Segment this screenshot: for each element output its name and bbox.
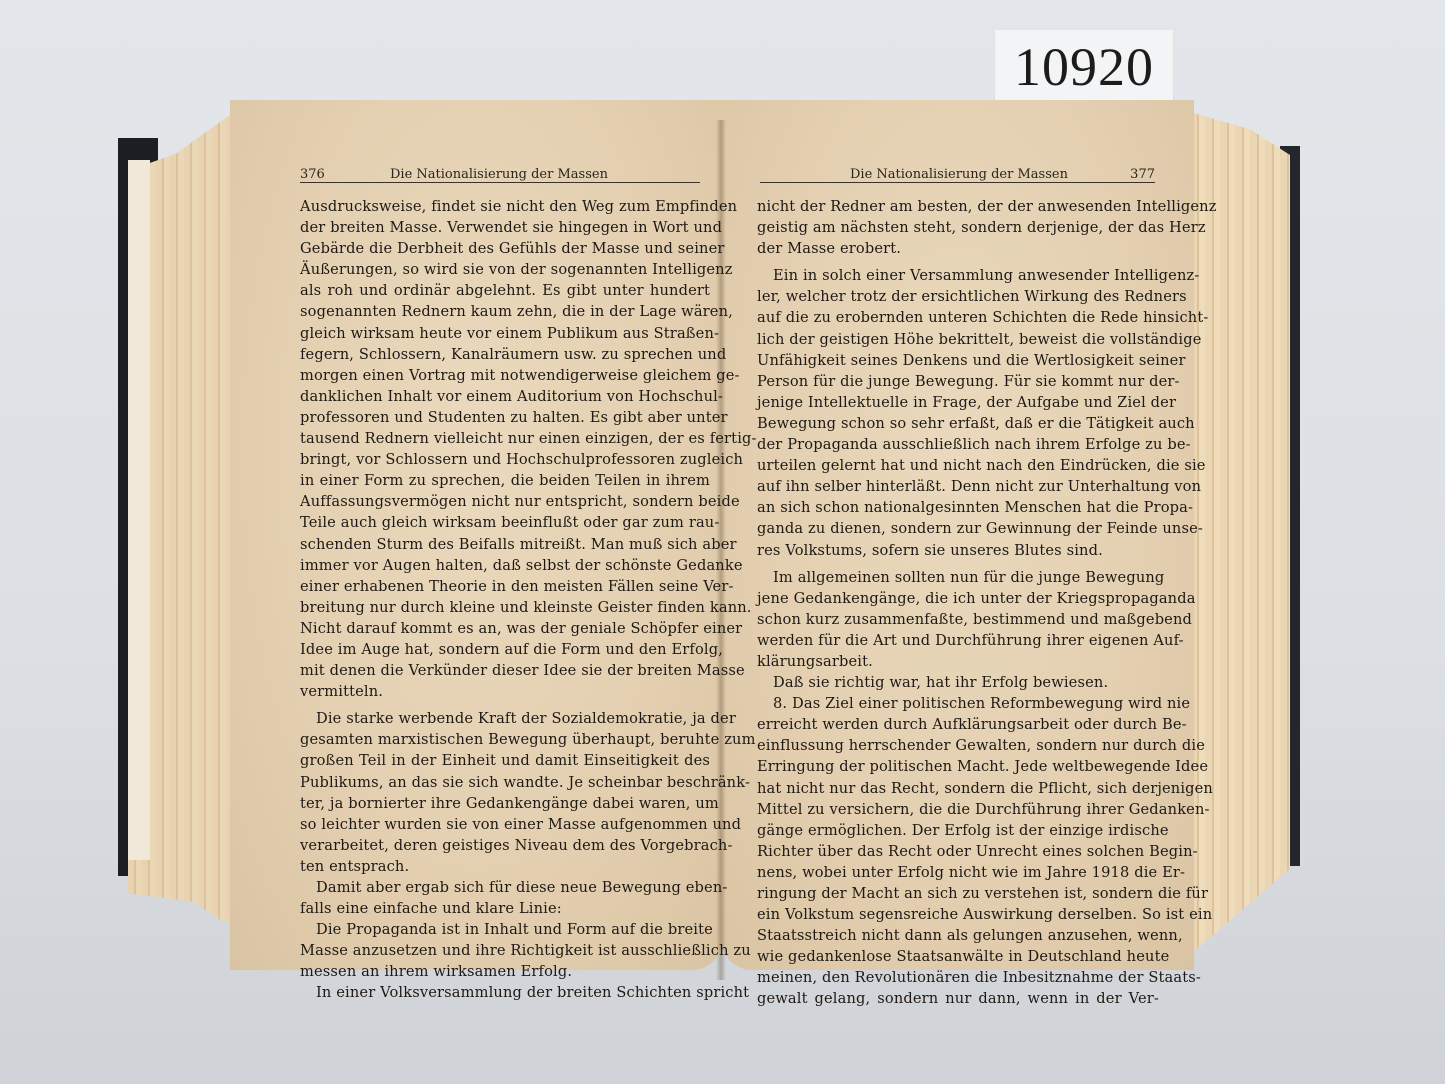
text-line: nens, wobei unter Erfolg nicht wie im Ja… [757,862,1159,883]
text-line: der Propaganda ausschließlich nach ihrem… [757,434,1159,455]
text-line: Richter über das Recht oder Unrecht eine… [757,841,1159,862]
text-line: ganda zu dienen, sondern zur Gewinnung d… [757,518,1159,539]
text-line: Idee im Auge hat, sondern auf die Form u… [300,639,710,660]
text-line: an sich schon nationalgesinnten Menschen… [757,497,1159,518]
right-page-number: 377 [1115,167,1155,182]
text-line: erreicht werden durch Aufklärungsarbeit … [757,714,1159,735]
text-line: bringt, vor Schlossern und Hochschulprof… [300,449,710,470]
text-line: Im allgemeinen sollten nun für die junge… [757,567,1159,588]
catalog-number-label: 10920 [995,30,1173,104]
text-line: urteilen gelernt hat und nicht nach den … [757,455,1159,476]
text-line: geistig am nächsten steht, sondern derje… [757,217,1159,238]
text-line: wie gedankenlose Staatsanwälte in Deutsc… [757,946,1159,967]
text-line: vermitteln. [300,681,710,702]
text-line: Daß sie richtig war, hat ihr Erfolg bewi… [757,672,1159,693]
text-line: meinen, den Revolutionären die Inbesitzn… [757,967,1159,988]
text-line: res Volkstums, sofern sie unseres Blutes… [757,540,1159,561]
text-line: ler, welcher trotz der ersichtlichen Wir… [757,286,1159,307]
text-line: mit denen die Verkünder dieser Idee sie … [300,660,710,681]
text-line: Ein in solch einer Versammlung anwesende… [757,265,1159,286]
text-line: sogenannten Rednern kaum zehn, die in de… [300,301,710,322]
text-line: Teile auch gleich wirksam beeinflußt ode… [300,512,710,533]
text-line: jenige Intellektuelle in Frage, der Aufg… [757,392,1159,413]
text-line: auf ihn selber hinterläßt. Denn nicht zu… [757,476,1159,497]
text-line: Staatsstreich nicht dann als gelungen an… [757,925,1159,946]
text-line: ringung der Macht an sich zu verstehen i… [757,883,1159,904]
text-line: Nicht darauf kommt es an, was der genial… [300,618,710,639]
text-line: jene Gedankengänge, die ich unter der Kr… [757,588,1159,609]
text-line: Auffassungsvermögen nicht nur entspricht… [300,491,710,512]
text-line: der breiten Masse. Verwendet sie hingege… [300,217,710,238]
page-stack-right [1190,112,1290,972]
left-page-number: 376 [300,167,390,182]
text-line: morgen einen Vortrag mit notwendigerweis… [300,365,710,386]
text-line: auf die zu erobernden unteren Schichten … [757,307,1159,328]
text-line: immer vor Augen halten, daß selbst der s… [300,555,710,576]
text-line: als roh und ordinär abgelehnt. Es gibt u… [300,280,710,301]
text-line: Damit aber ergab sich für diese neue Bew… [300,877,710,898]
text-line: einer erhabenen Theorie in den meisten F… [300,576,710,597]
text-line: werden für die Art und Durchführung ihre… [757,630,1159,651]
text-line: fegern, Schlossern, Kanalräumern usw. zu… [300,344,710,365]
endpaper-left [128,160,150,860]
right-running-title: Die Nationalisierung der Massen [850,167,1115,182]
text-line: Erringung der politischen Macht. Jede we… [757,756,1159,777]
text-line: Gebärde die Derbheit des Gefühls der Mas… [300,238,710,259]
text-line: hat nicht nur das Recht, sondern die Pfl… [757,778,1159,799]
left-running-title: Die Nationalisierung der Massen [390,167,700,182]
text-line: schon kurz zusammenfaßte, bestimmend und… [757,609,1159,630]
text-line: ter, ja bornierter ihre Gedankengänge da… [300,793,710,814]
text-line: so leichter wurden sie von einer Masse a… [300,814,710,835]
text-line: verarbeitet, deren geistiges Niveau dem … [300,835,710,856]
text-line: Die Propaganda ist in Inhalt und Form au… [300,919,710,940]
right-page-body: nicht der Redner am besten, der der anwe… [757,196,1159,1010]
text-line: messen an ihrem wirksamen Erfolg. [300,961,710,982]
text-line: Die starke werbende Kraft der Sozialdemo… [300,708,710,729]
text-line: lich der geistigen Höhe bekrittelt, bewe… [757,329,1159,350]
text-line: nicht der Redner am besten, der der anwe… [757,196,1159,217]
text-line: gewalt gelang, sondern nur dann, wenn in… [757,988,1159,1009]
text-line: großen Teil in der Einheit und damit Ein… [300,750,710,771]
text-line: 8. Das Ziel einer politischen Reformbewe… [757,693,1159,714]
text-line: in einer Form zu sprechen, die beiden Te… [300,470,710,491]
text-line: danklichen Inhalt vor einem Auditorium v… [300,386,710,407]
text-line: Äußerungen, so wird sie von der sogenann… [300,259,710,280]
text-line: Mittel zu versichern, die die Durchführu… [757,799,1159,820]
left-page-body: Ausdrucksweise, findet sie nicht den Weg… [300,196,710,1004]
text-line: Person für die junge Bewegung. Für sie k… [757,371,1159,392]
text-line: Masse anzusetzen und ihre Richtigkeit is… [300,940,710,961]
text-line: In einer Volksversammlung der breiten Sc… [300,982,710,1003]
text-line: breitung nur durch kleine und kleinste G… [300,597,710,618]
text-line: ten entsprach. [300,856,710,877]
right-running-head: Die Nationalisierung der Massen 377 [760,158,1155,183]
text-line: einflussung herrschender Gewalten, sonde… [757,735,1159,756]
left-running-head: 376 Die Nationalisierung der Massen [300,158,700,183]
text-line: Publikums, an das sie sich wandte. Je sc… [300,772,710,793]
text-line: Unfähigkeit seines Denkens und die Wertl… [757,350,1159,371]
text-line: klärungsarbeit. [757,651,1159,672]
text-line: tausend Rednern vielleicht nur einen ein… [300,428,710,449]
text-line: gleich wirksam heute vor einem Publikum … [300,323,710,344]
text-line: Bewegung schon so sehr erfaßt, daß er di… [757,413,1159,434]
text-line: falls eine einfache und klare Linie: [300,898,710,919]
text-line: Ausdrucksweise, findet sie nicht den Weg… [300,196,710,217]
text-line: schenden Sturm des Beifalls mitreißt. Ma… [300,534,710,555]
text-line: ein Volkstum segensreiche Auswirkung der… [757,904,1159,925]
text-line: professoren und Studenten zu halten. Es … [300,407,710,428]
text-line: gesamten marxistischen Bewegung überhaup… [300,729,710,750]
catalog-number: 10920 [1014,36,1154,98]
text-line: der Masse erobert. [757,238,1159,259]
text-line: gänge ermöglichen. Der Erfolg ist der ei… [757,820,1159,841]
